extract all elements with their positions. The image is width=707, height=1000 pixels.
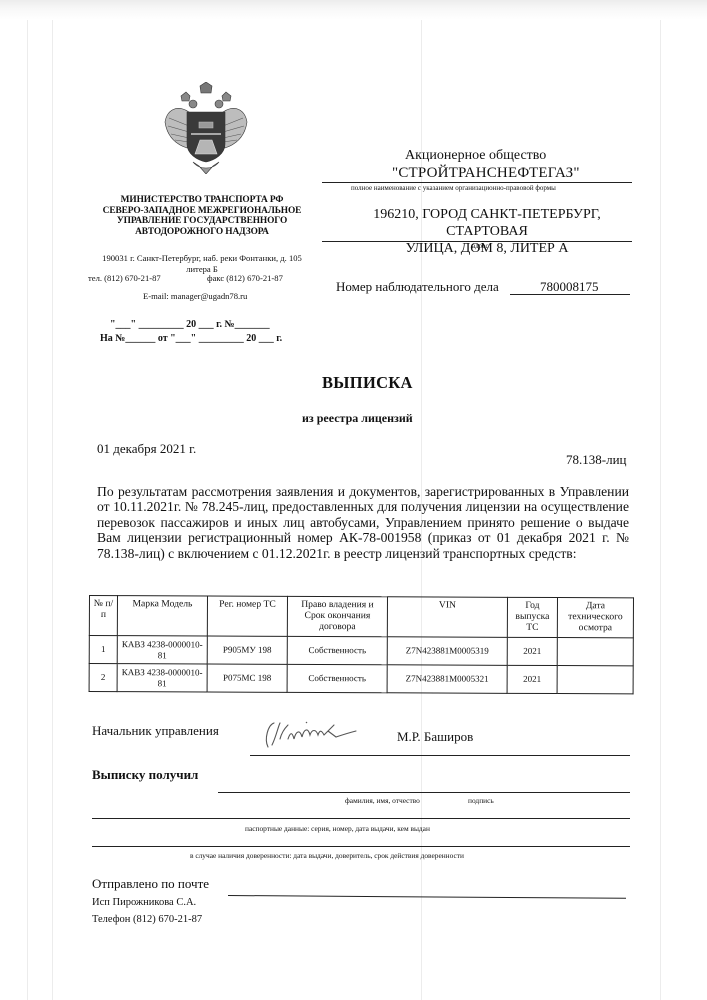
cell-ownership: Собственность — [287, 636, 387, 664]
cell-year: 2021 — [507, 665, 557, 693]
case-number-value: 780008175 — [540, 279, 599, 295]
cell-vin: Z7N423881M0005321 — [387, 665, 507, 694]
scan-artifact — [52, 20, 53, 1000]
document-number: 78.138-лиц — [566, 452, 626, 468]
vehicles-table: № п/п Марка Модель Рег. номер ТС Право в… — [89, 595, 634, 694]
executor-phone: Телефон (812) 670-21-87 — [92, 914, 202, 925]
chief-title-label: Начальник управления — [92, 723, 219, 739]
cell-inspection-date — [557, 638, 633, 666]
cell-reg-number: Р075МС 198 — [207, 664, 287, 692]
document-title: ВЫПИСКА — [322, 373, 413, 393]
ministry-line: МИНИСТЕРСТВО ТРАНСПОРТА РФ — [92, 195, 312, 206]
header-vin: VIN — [387, 597, 507, 638]
document-date: 01 декабря 2021 г. — [97, 441, 196, 457]
executor-name: Исп Пирожникова С.А. — [92, 897, 196, 908]
issuer-phone: тел. (812) 670-21-87 — [88, 273, 161, 283]
recipient-name-caption: полное наименование с указанием организа… — [351, 184, 556, 192]
header-ownership: Право владения и Срок окончания договора — [287, 596, 387, 636]
proxy-caption: в случае наличия доверенности: дата выда… — [190, 851, 464, 860]
issuer-ministry-name: МИНИСТЕРСТВО ТРАНСПОРТА РФ СЕВЕРО-ЗАПАДН… — [92, 195, 312, 237]
cell-vin: Z7N423881M0005319 — [387, 637, 507, 666]
passport-caption: паспортные данные: серия, номер, дата вы… — [245, 824, 430, 833]
scan-artifact — [27, 20, 28, 1000]
sent-by-mail-label: Отправлено по почте — [92, 876, 209, 892]
table-header-row: № п/п Марка Модель Рег. номер ТС Право в… — [89, 596, 633, 638]
ministry-line: СЕВЕРО-ЗАПАДНОЕ МЕЖРЕГИОНАЛЬНОЕ — [92, 206, 312, 217]
recipient-org-type: Акционерное общество — [405, 148, 546, 164]
sent-by-mail-line — [228, 895, 626, 899]
outgoing-number-block: "___" _________ 20 ___ г. №_______ На №_… — [100, 318, 300, 346]
passport-data-line — [92, 818, 630, 819]
recipient-org-name: "СТРОЙТРАНСНЕФТЕГАЗ" — [392, 165, 580, 182]
issuer-fax: факс (812) 670-21-87 — [207, 273, 283, 283]
cell-number: 2 — [89, 664, 117, 692]
received-by-label: Выписку получил — [92, 767, 198, 783]
document-subtitle: из реестра лицензий — [302, 411, 413, 426]
header-reg-number: Рег. номер ТС — [207, 596, 287, 636]
cell-year: 2021 — [507, 637, 557, 665]
scan-artifact — [660, 20, 661, 1000]
issuer-address: 190031 г. Санкт-Петербург, наб. реки Фон… — [88, 253, 316, 274]
header-inspection-date: Дата технического осмотра — [557, 598, 633, 638]
header-year: Год выпуска ТС — [507, 597, 557, 637]
russian-transport-emblem-icon — [163, 82, 249, 174]
cell-inspection-date — [557, 666, 633, 694]
cell-number: 1 — [89, 636, 117, 664]
chief-signature-line — [250, 755, 630, 756]
ministry-line: УПРАВЛЕНИЕ ГОСУДАРСТВЕННОГО — [92, 216, 312, 227]
table-row: 1 КАВЗ 4238-0000010-81 Р905МУ 198 Собств… — [89, 636, 633, 666]
document-page: МИНИСТЕРСТВО ТРАНСПОРТА РФ СЕВЕРО-ЗАПАДН… — [0, 0, 707, 1000]
case-number-underline — [510, 294, 630, 295]
fio-caption: фамилия, имя, отчество — [345, 796, 420, 805]
outgoing-date-line: "___" _________ 20 ___ г. №_______ — [100, 318, 300, 332]
table-row: 2 КАВЗ 4238-0000010-81 Р075МС 198 Собств… — [89, 664, 633, 694]
cell-model: КАВЗ 4238-0000010-81 — [117, 636, 207, 664]
received-by-line — [218, 792, 630, 793]
issuer-address-line1: 190031 г. Санкт-Петербург, наб. реки Фон… — [88, 253, 316, 264]
proxy-data-line — [92, 846, 630, 847]
case-number-label: Номер наблюдательного дела — [336, 279, 499, 295]
header-number: № п/п — [89, 596, 117, 636]
recipient-address-line1: 196210, ГОРОД САНКТ-ПЕТЕРБУРГ, СТАРТОВАЯ — [332, 206, 642, 240]
ministry-line: АВТОДОРОЖНОГО НАДЗОРА — [92, 227, 312, 238]
document-body-paragraph: По результатам рассмотрения заявления и … — [97, 484, 629, 561]
cell-model: КАВЗ 4238-0000010-81 — [117, 664, 207, 692]
issuer-email: E-mail: manager@ugadn78.ru — [143, 291, 247, 301]
cell-ownership: Собственность — [287, 664, 387, 692]
recipient-address-caption: адрес — [472, 242, 489, 250]
chief-name: М.Р. Баширов — [397, 729, 473, 745]
signature-caption: подпись — [468, 796, 494, 805]
header-model: Марка Модель — [117, 596, 207, 636]
cell-reg-number: Р905МУ 198 — [207, 636, 287, 664]
handwritten-signature-icon — [262, 717, 372, 753]
incoming-reference-line: На №______ от "___" _________ 20 ___ г. — [100, 332, 300, 346]
